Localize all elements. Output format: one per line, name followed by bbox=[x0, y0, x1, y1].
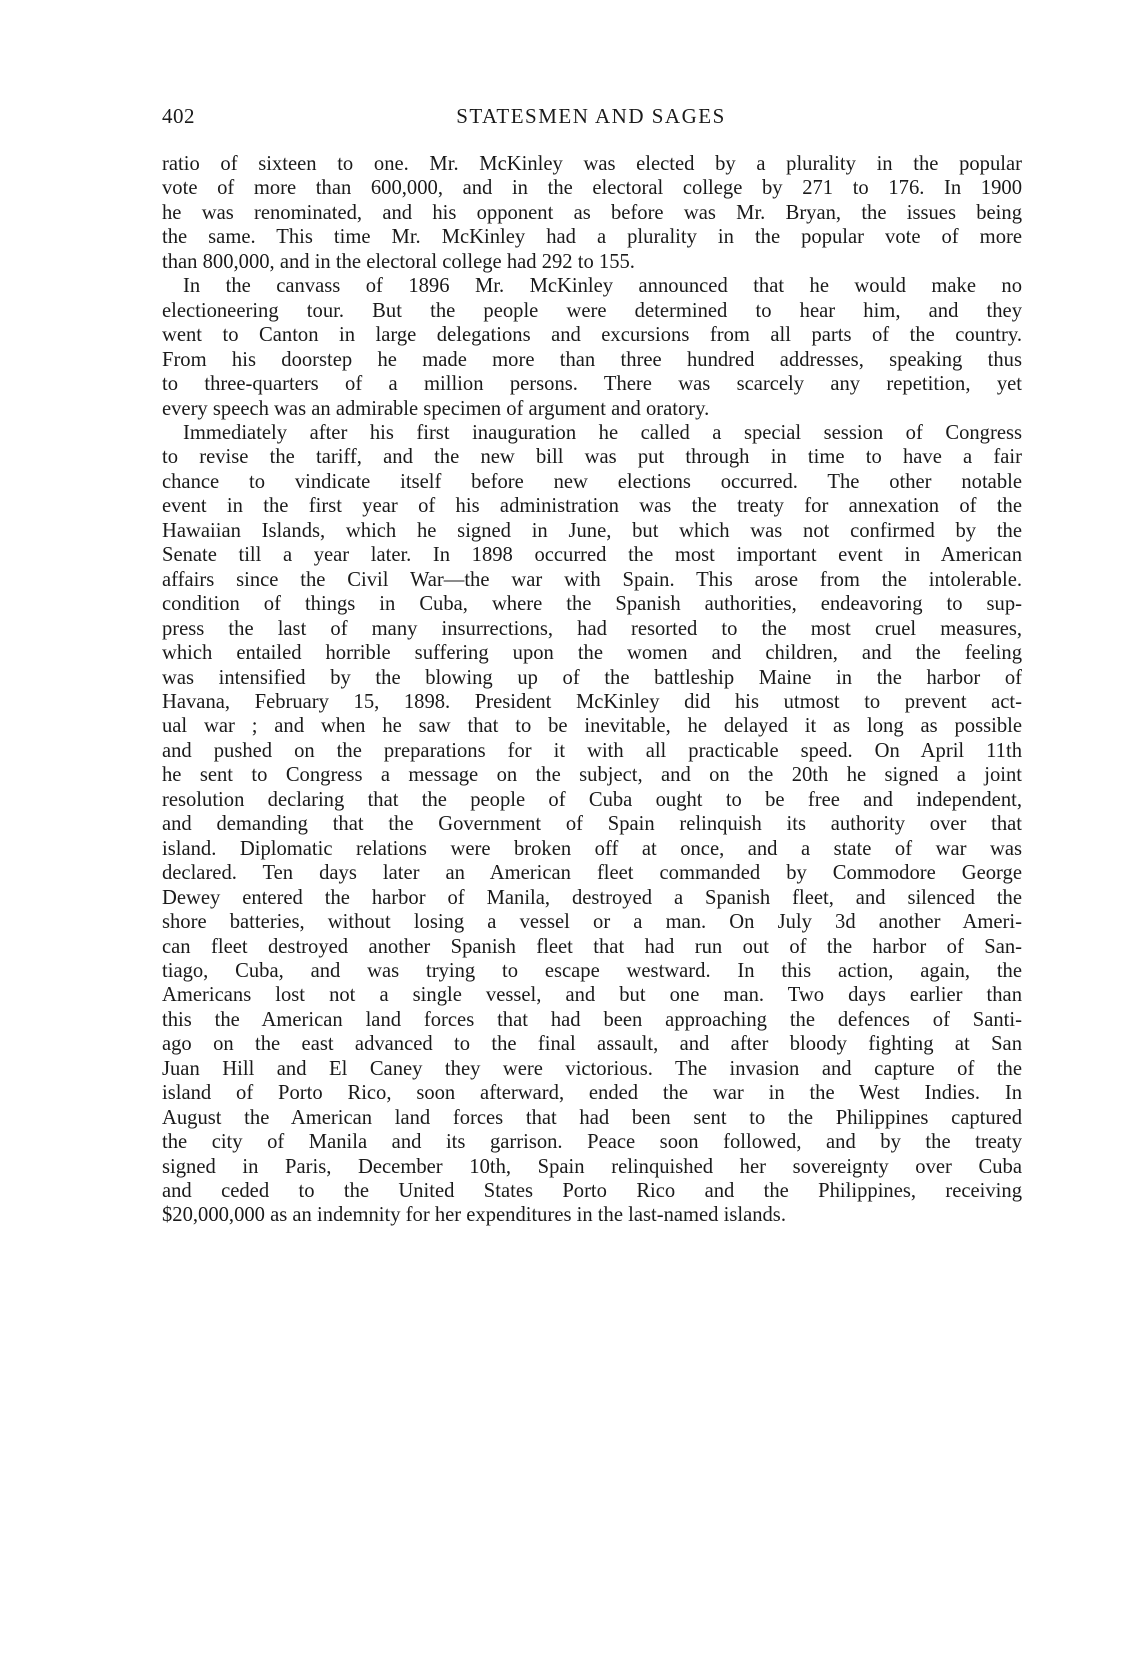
text-line: he sent to Congress a message on the sub… bbox=[162, 763, 1022, 787]
text-line: was intensified by the blowing up of the… bbox=[162, 666, 1022, 690]
text-line: From his doorstep he made more than thre… bbox=[162, 348, 1022, 372]
text-line: signed in Paris, December 10th, Spain re… bbox=[162, 1155, 1022, 1179]
running-title: STATESMEN AND SAGES bbox=[162, 104, 1020, 129]
text-line: which entailed horrible suffering upon t… bbox=[162, 641, 1022, 665]
text-line: chance to vindicate itself before new el… bbox=[162, 470, 1022, 494]
text-line: the same. This time Mr. McKinley had a p… bbox=[162, 225, 1022, 249]
text-line: to revise the tariff, and the new bill w… bbox=[162, 445, 1022, 469]
text-line: ual war ; and when he saw that to be ine… bbox=[162, 714, 1022, 738]
text-line: ratio of sixteen to one. Mr. McKinley wa… bbox=[162, 152, 1022, 176]
text-line: ago on the east advanced to the final as… bbox=[162, 1032, 1022, 1056]
paragraph-canvass-1896: In the canvass of 1896 Mr. McKinley anno… bbox=[162, 274, 1022, 421]
text-line: electioneering tour. But the people were… bbox=[162, 299, 1022, 323]
text-line: resolution declaring that the people of … bbox=[162, 788, 1022, 812]
text-line: Americans lost not a single vessel, and … bbox=[162, 983, 1022, 1007]
paragraph-election-results: ratio of sixteen to one. Mr. McKinley wa… bbox=[162, 152, 1022, 274]
text-line: and ceded to the United States Porto Ric… bbox=[162, 1179, 1022, 1203]
text-line: Immediately after his first inauguration… bbox=[162, 421, 1022, 445]
text-line: $20,000,000 as an indemnity for her expe… bbox=[162, 1203, 1022, 1227]
text-line: and pushed on the preparations for it wi… bbox=[162, 739, 1022, 763]
text-line: condition of things in Cuba, where the S… bbox=[162, 592, 1022, 616]
text-line: can fleet destroyed another Spanish flee… bbox=[162, 935, 1022, 959]
text-line: press the last of many insurrections, ha… bbox=[162, 617, 1022, 641]
text-line: In the canvass of 1896 Mr. McKinley anno… bbox=[162, 274, 1022, 298]
text-line: the city of Manila and its garrison. Pea… bbox=[162, 1130, 1022, 1154]
text-line: event in the first year of his administr… bbox=[162, 494, 1022, 518]
text-line: than 800,000, and in the electoral colle… bbox=[162, 250, 1022, 274]
paragraph-first-administration: Immediately after his first inauguration… bbox=[162, 421, 1022, 1228]
text-line: Senate till a year later. In 1898 occurr… bbox=[162, 543, 1022, 567]
running-head: 402 STATESMEN AND SAGES bbox=[162, 104, 1020, 132]
text-line: declared. Ten days later an American fle… bbox=[162, 861, 1022, 885]
body-text: ratio of sixteen to one. Mr. McKinley wa… bbox=[162, 152, 1022, 1228]
text-line: Havana, February 15, 1898. President McK… bbox=[162, 690, 1022, 714]
text-line: vote of more than 600,000, and in the el… bbox=[162, 176, 1022, 200]
text-line: tiago, Cuba, and was trying to escape we… bbox=[162, 959, 1022, 983]
text-line: went to Canton in large delegations and … bbox=[162, 323, 1022, 347]
text-line: August the American land forces that had… bbox=[162, 1106, 1022, 1130]
text-line: shore batteries, without losing a vessel… bbox=[162, 910, 1022, 934]
text-line: island. Diplomatic relations were broken… bbox=[162, 837, 1022, 861]
text-line: Dewey entered the harbor of Manila, dest… bbox=[162, 886, 1022, 910]
text-line: every speech was an admirable specimen o… bbox=[162, 397, 1022, 421]
text-line: he was renominated, and his opponent as … bbox=[162, 201, 1022, 225]
text-line: island of Porto Rico, soon afterward, en… bbox=[162, 1081, 1022, 1105]
text-line: to three-quarters of a million persons. … bbox=[162, 372, 1022, 396]
text-line: affairs since the Civil War—the war with… bbox=[162, 568, 1022, 592]
text-line: this the American land forces that had b… bbox=[162, 1008, 1022, 1032]
text-line: Juan Hill and El Caney they were victori… bbox=[162, 1057, 1022, 1081]
text-line: Hawaiian Islands, which he signed in Jun… bbox=[162, 519, 1022, 543]
text-line: and demanding that the Government of Spa… bbox=[162, 812, 1022, 836]
